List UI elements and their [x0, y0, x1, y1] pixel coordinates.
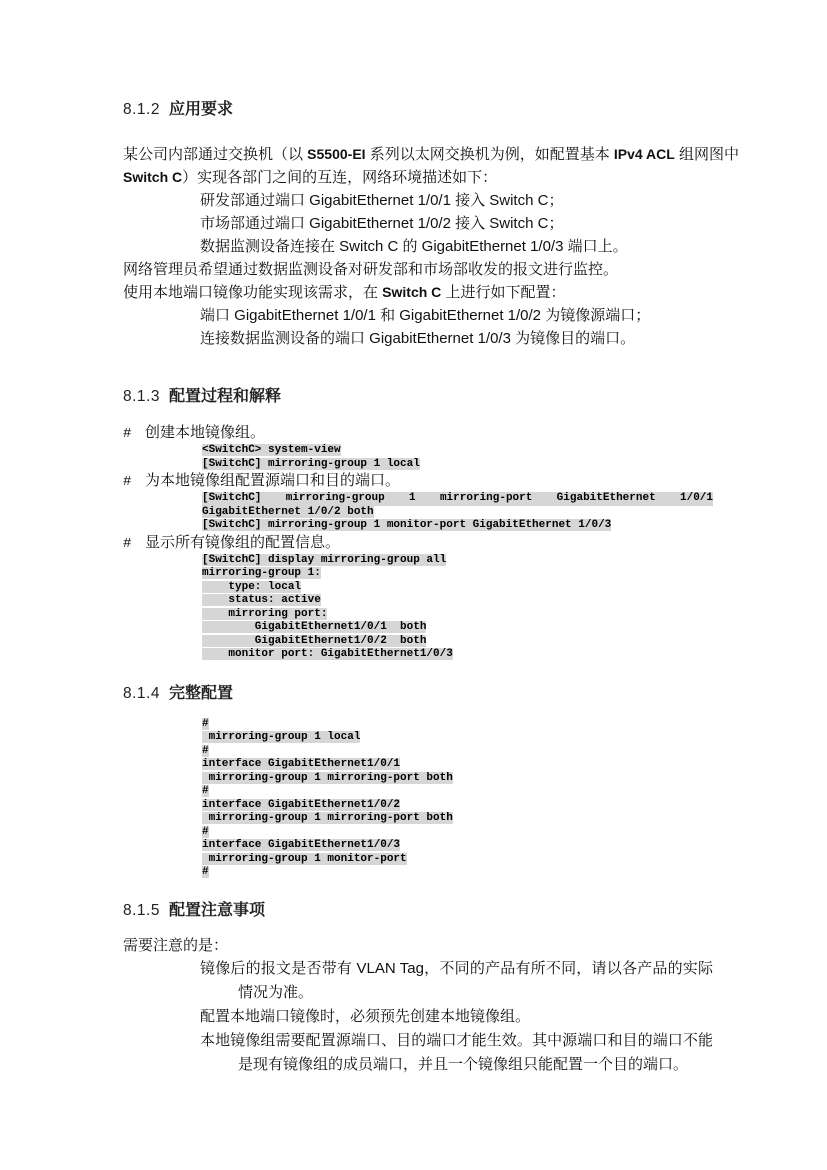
- code-block-display-output: [SwitchC] display mirroring-group all mi…: [202, 554, 713, 662]
- code-line: GigabitEthernet1/0/1 both: [202, 621, 713, 635]
- section-heading: 8.1.4完整配置: [123, 682, 713, 705]
- paragraph-line: 网络管理员希望通过数据监测设备对研发部和市场部收发的报文进行监控。: [123, 258, 713, 281]
- intro-text-block: 某公司内部通过交换机（以 S5500-EI 系列以太网交换机为例，如配置基本 I…: [123, 143, 713, 350]
- note-item-line: 情况为准。: [238, 981, 713, 1005]
- code-line: interface GigabitEthernet1/0/2: [202, 799, 713, 813]
- code-line: [SwitchC] mirroring-group 1 monitor-port…: [202, 519, 713, 533]
- code-block: <SwitchC> system-view [SwitchC] mirrorin…: [202, 444, 713, 471]
- section-heading: 8.1.5配置注意事项: [123, 899, 713, 922]
- section-configuration-notes: 8.1.5配置注意事项 需要注意的是： 镜像后的报文是否带有 VLAN Tag，…: [123, 899, 713, 1077]
- text-run: 某公司内部通过交换机（以: [123, 146, 307, 163]
- code-line: <SwitchC> system-view: [202, 444, 713, 458]
- paragraph-line: Switch C）实现各部门之间的互连，网络环境描述如下：: [123, 166, 713, 189]
- hash-marker: #: [123, 472, 145, 492]
- text-run: 上进行如下配置：: [441, 284, 565, 301]
- note-item-line: 是现有镜像组的成员端口，并且一个镜像组只能配置一个目的端口。: [238, 1053, 713, 1077]
- text-run: 使用本地端口镜像功能实现该需求，在: [123, 284, 382, 301]
- code-line: mirroring port:: [202, 608, 713, 622]
- step-line: #创建本地镜像组。: [123, 423, 713, 444]
- list-item: 端口 GigabitEthernet 1/0/1 和 GigabitEthern…: [200, 304, 713, 327]
- list-item: 市场部通过端口 GigabitEthernet 1/0/2 接入 Switch …: [200, 212, 713, 235]
- step-text: 为本地镜像组配置源端口和目的端口。: [145, 472, 400, 489]
- step-line: #显示所有镜像组的配置信息。: [123, 533, 713, 554]
- document-page: 8.1.2应用要求 某公司内部通过交换机（以 S5500-EI 系列以太网交换机…: [0, 0, 827, 1170]
- code-line: mirroring-group 1 monitor-port: [202, 853, 713, 867]
- heading-number: 8.1.5: [123, 902, 160, 919]
- code-block: [SwitchC] mirroring-group 1 mirroring-po…: [202, 492, 713, 533]
- list-item: 连接数据监测设备的端口 GigabitEthernet 1/0/3 为镜像目的端…: [200, 327, 713, 350]
- list-item: 研发部通过端口 GigabitEthernet 1/0/1 接入 Switch …: [200, 189, 713, 212]
- text-run: 组网图中: [675, 146, 739, 163]
- code-line: #: [202, 718, 713, 732]
- step-text: 显示所有镜像组的配置信息。: [145, 534, 340, 551]
- hash-marker: #: [123, 534, 145, 554]
- code-line: [SwitchC] mirroring-group 1 local: [202, 458, 713, 472]
- text-run: ）实现各部门之间的互连，网络环境描述如下：: [182, 169, 497, 186]
- note-item-line: 镜像后的报文是否带有 VLAN Tag，不同的产品有所不同，请以各产品的实际: [200, 957, 713, 981]
- code-line: #: [202, 745, 713, 759]
- code-line: interface GigabitEthernet1/0/3: [202, 839, 713, 853]
- code-line: monitor port: GigabitEthernet1/0/3: [202, 648, 713, 662]
- code-line: mirroring-group 1 mirroring-port both: [202, 772, 713, 786]
- heading-number: 8.1.2: [123, 101, 160, 118]
- step-line: #为本地镜像组配置源端口和目的端口。: [123, 471, 713, 492]
- code-line: #: [202, 866, 713, 880]
- heading-title: 配置过程和解释: [169, 388, 281, 405]
- section-application-requirements: 8.1.2应用要求 某公司内部通过交换机（以 S5500-EI 系列以太网交换机…: [123, 98, 713, 350]
- code-line: #: [202, 826, 713, 840]
- heading-number: 8.1.4: [123, 685, 160, 702]
- code-line: mirroring-group 1 mirroring-port both: [202, 812, 713, 826]
- paragraph-line: 需要注意的是：: [123, 934, 713, 957]
- code-line: GigabitEthernet 1/0/2 both: [202, 506, 713, 520]
- text-run: 系列以太网交换机为例，如配置基本: [366, 146, 614, 163]
- code-line: status: active: [202, 594, 713, 608]
- note-item-line: 配置本地端口镜像时，必须预先创建本地镜像组。: [200, 1005, 713, 1029]
- list-item: 数据监测设备连接在 Switch C 的 GigabitEthernet 1/0…: [200, 235, 713, 258]
- heading-title: 完整配置: [169, 685, 233, 702]
- heading-title: 配置注意事项: [169, 902, 265, 919]
- hash-marker: #: [123, 424, 145, 444]
- code-line: [SwitchC] mirroring-group 1 mirroring-po…: [202, 492, 713, 506]
- section-configuration-procedure: 8.1.3配置过程和解释 #创建本地镜像组。 <SwitchC> system-…: [123, 385, 713, 662]
- paragraph-line: 使用本地端口镜像功能实现该需求，在 Switch C 上进行如下配置：: [123, 281, 713, 304]
- bold-keyword: S5500-EI: [307, 146, 365, 162]
- code-line: mirroring-group 1:: [202, 567, 713, 581]
- step-text: 创建本地镜像组。: [145, 424, 265, 441]
- code-block-full-config: # mirroring-group 1 local # interface Gi…: [202, 718, 713, 880]
- code-line: mirroring-group 1 local: [202, 731, 713, 745]
- code-line: interface GigabitEthernet1/0/1: [202, 758, 713, 772]
- notes-list: 镜像后的报文是否带有 VLAN Tag，不同的产品有所不同，请以各产品的实际 情…: [123, 957, 713, 1077]
- code-line: GigabitEthernet1/0/2 both: [202, 635, 713, 649]
- section-heading: 8.1.2应用要求: [123, 98, 713, 121]
- bold-keyword: Switch C: [123, 169, 182, 185]
- code-line: #: [202, 785, 713, 799]
- section-complete-configuration: 8.1.4完整配置 # mirroring-group 1 local # in…: [123, 682, 713, 880]
- heading-number: 8.1.3: [123, 388, 160, 405]
- code-line: type: local: [202, 581, 713, 595]
- code-line: [SwitchC] display mirroring-group all: [202, 554, 713, 568]
- note-item-line: 本地镜像组需要配置源端口、目的端口才能生效。其中源端口和目的端口不能: [200, 1029, 713, 1053]
- section-heading: 8.1.3配置过程和解释: [123, 385, 713, 408]
- bold-keyword: Switch C: [382, 284, 441, 300]
- heading-title: 应用要求: [169, 101, 233, 118]
- bold-keyword: IPv4 ACL: [614, 146, 675, 162]
- paragraph-line: 某公司内部通过交换机（以 S5500-EI 系列以太网交换机为例，如配置基本 I…: [123, 143, 713, 166]
